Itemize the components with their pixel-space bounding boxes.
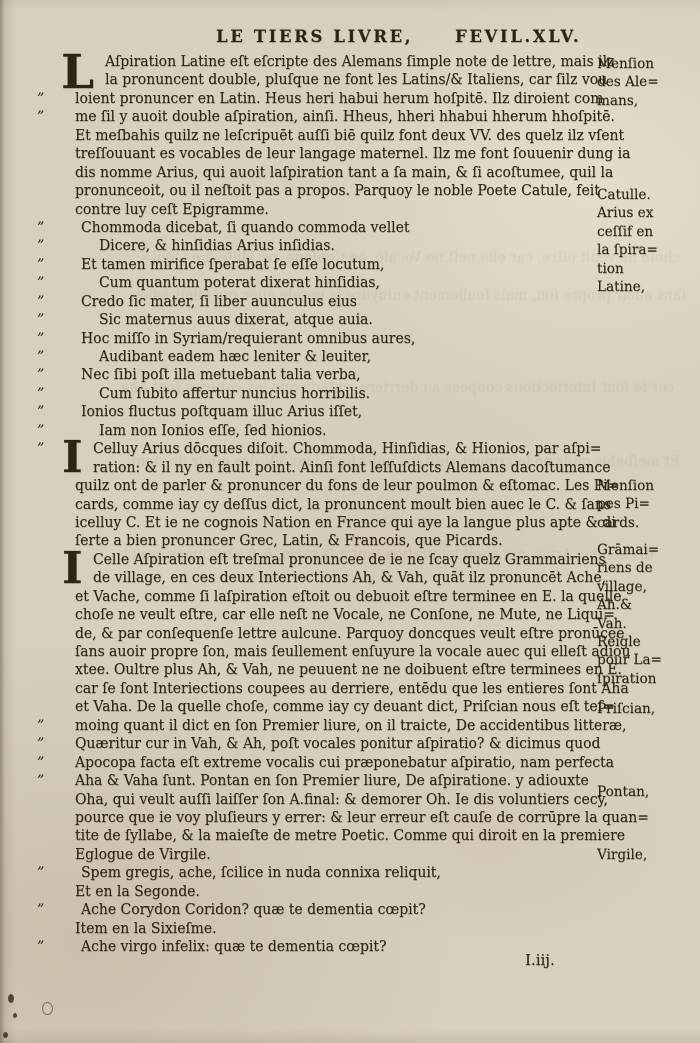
body-line-text: ſans auoir propre ſon, mais ſeullement e… xyxy=(75,642,630,660)
body-line-text: dis nomme Arius, qui auoit laſpiration t… xyxy=(75,163,613,181)
body-line: Eglogue de Virgile. xyxy=(75,845,615,863)
body-line-text: Chommoda dicebat, ſi quando commoda vell… xyxy=(81,218,409,236)
body-line-text: Iam non Ionios eſſe, ſed hionios. xyxy=(99,421,326,439)
body-line: ”loient pronuncer en Latin. Heus heri ha… xyxy=(75,89,615,107)
body-line-text: Oha, qui veult auſſi laiſſer ſon A.final… xyxy=(75,790,608,808)
body-line: LAſpiration Latine eſt eſcripte des Alem… xyxy=(75,52,615,70)
body-line-text: Item en la Sixieſme. xyxy=(75,919,217,937)
body-line: ration: & il ny en fault point. Ainſi fo… xyxy=(75,458,615,476)
body-line: xtee. Oultre plus Ah, & Vah, ne peuuent … xyxy=(75,660,615,678)
body-line-text: la pronuncent double, pluſque ne font le… xyxy=(105,70,607,88)
body-line-text: tite de ſyllabe, & la maieſte de metre P… xyxy=(75,826,625,844)
body-line: ”Apocopa facta eſt extreme vocalis cui p… xyxy=(75,753,615,771)
body-line-text: Aha & Vaha ſunt. Pontan en ſon Premier l… xyxy=(75,771,589,789)
body-line-text: ration: & il ny en fault point. Ainſi fo… xyxy=(93,458,610,476)
margin-note: Virgile, xyxy=(597,846,687,864)
gutter-quote-mark: ” xyxy=(37,754,45,772)
body-line: tite de ſyllabe, & la maieſte de metre P… xyxy=(75,826,615,844)
body-line: ſerte a bien pronuncer Grec, Latin, & Fr… xyxy=(75,531,615,549)
gutter-quote-mark: ” xyxy=(37,772,45,790)
body-line-text: de, & par conſequenſe lettre aulcune. Pa… xyxy=(75,624,624,642)
body-line: et Vache, comme ſi laſpiration eſtoit ou… xyxy=(75,587,615,605)
book-page: { "page": { "header": { "book_title": "L… xyxy=(0,0,700,1043)
body-line-text: moing quant il dict en ſon Premier liure… xyxy=(75,716,626,734)
body-line-text: contre luy ceſt Epigramme. xyxy=(75,200,269,218)
body-line-text: Credo ſic mater, ſi liber auunculus eius xyxy=(81,292,357,310)
gutter-quote-mark: ” xyxy=(37,440,45,458)
body-line-text: loient pronuncer en Latin. Heus heri hab… xyxy=(75,89,603,107)
body-line: ”Quæritur cur in Vah, & Ah, poſt vocales… xyxy=(75,734,615,752)
body-line: de, & par conſequenſe lettre aulcune. Pa… xyxy=(75,624,615,642)
body-line: ”Dicere, & hinſidias Arius inſidias. xyxy=(75,236,615,254)
body-line: ”Cum ſubito affertur nuncius horribilis. xyxy=(75,384,615,402)
folio-number: FEVIL.XLV. xyxy=(455,27,581,46)
body-line: ICelle Aſpiration eſt treſmal pronuncee … xyxy=(75,550,615,568)
body-line: ”moing quant il dict en ſon Premier liur… xyxy=(75,716,615,734)
margin-note: Priſcian, xyxy=(597,700,687,718)
body-line-text: Dicere, & hinſidias Arius inſidias. xyxy=(99,236,335,254)
body-line-text: Ache Corydon Coridon? quæ te dementia cœ… xyxy=(81,900,426,918)
body-line: quilz ont de parler & pronuncer du fons … xyxy=(75,476,615,494)
paragraph: I”Celluy Arius dōcques diſoit. Chommoda,… xyxy=(75,439,615,550)
body-line: ”Spem gregis, ache, ſcilice in nuda conn… xyxy=(75,863,615,881)
body-line: la pronuncent double, pluſque ne font le… xyxy=(75,70,615,88)
ink-speck xyxy=(3,1032,8,1038)
body-line-text: ſerte a bien pronuncer Grec, Latin, & Fr… xyxy=(75,531,503,549)
body-line-text: car ſe ſont Interiections coupees au der… xyxy=(75,679,629,697)
body-line: icelluy C. Et ie ne cognois Nation en Fr… xyxy=(75,513,615,531)
body-line-text: Aſpiration Latine eſt eſcripte des Alema… xyxy=(105,52,614,70)
body-line-text: Cum quantum poterat dixerat hinſidias, xyxy=(99,273,380,291)
body-line: de village, en ces deux Interiections Ah… xyxy=(75,568,615,586)
gutter-quote-mark: ” xyxy=(37,422,45,440)
body-line-text: Nec ſibi poſt illa metuebant talia verba… xyxy=(81,365,361,383)
margin-note: Menſion des Ale= mans, xyxy=(597,55,687,110)
body-line: ”Chommoda dicebat, ſi quando commoda vel… xyxy=(75,218,615,236)
body-line-text: Et en la Segonde. xyxy=(75,882,200,900)
body-line: ”Ionios fluctus poſtquam illuc Arius iſſ… xyxy=(75,402,615,420)
body-line: ”Ache Corydon Coridon? quæ te dementia c… xyxy=(75,900,615,918)
gutter-quote-mark: ” xyxy=(37,735,45,753)
gutter-quote-mark: ” xyxy=(37,348,45,366)
body-line: cards, comme iay cy deſſus dict, la pron… xyxy=(75,495,615,513)
body-line: ”Sic maternus auus dixerat, atque auia. xyxy=(75,310,615,328)
gutter-quote-mark: ” xyxy=(37,385,45,403)
body-line-text: pronunceoit, ou il neſtoit pas a propos.… xyxy=(75,181,600,199)
body-line: Et meſbahis quilz ne leſcripuēt auſſi bi… xyxy=(75,126,615,144)
gutter-quote-mark: ” xyxy=(37,90,45,108)
body-line-text: Apocopa facta eſt extreme vocalis cui pr… xyxy=(75,753,614,771)
body-line: ſans auoir propre ſon, mais ſeullement e… xyxy=(75,642,615,660)
body-line-text: quilz ont de parler & pronuncer du fons … xyxy=(75,476,619,494)
body-line-text: Et meſbahis quilz ne leſcripuēt auſſi bi… xyxy=(75,126,624,144)
body-line: I”Celluy Arius dōcques diſoit. Chommoda,… xyxy=(75,439,615,457)
margin-note: Grāmai= riens de village, Ah.& Vah. Reig… xyxy=(597,541,687,688)
gutter-quote-mark: ” xyxy=(37,311,45,329)
gutter-quote-mark: ” xyxy=(37,366,45,384)
margin-note: Pontan, xyxy=(597,783,687,801)
body-line: ”me ſil y auoit double aſpiration, ainſi… xyxy=(75,107,615,125)
body-line-text: Cum ſubito affertur nuncius horribilis. xyxy=(99,384,370,402)
gutter-quote-mark: ” xyxy=(37,938,45,956)
body-line-text: Audibant eadem hæc leniter & leuiter, xyxy=(99,347,371,365)
gutter-quote-mark: ” xyxy=(37,108,45,126)
paragraph: LAſpiration Latine eſt eſcripte des Alem… xyxy=(75,52,615,218)
body-line-text: xtee. Oultre plus Ah, & Vah, ne peuuent … xyxy=(75,660,622,678)
gutter-quote-mark: ” xyxy=(37,219,45,237)
gutter-quote-mark: ” xyxy=(37,330,45,348)
body-line: Oha, qui veult auſſi laiſſer ſon A.final… xyxy=(75,790,615,808)
body-line: choſe ne veult eſtre, car elle neſt ne V… xyxy=(75,605,615,623)
body-line-text: Spem gregis, ache, ſcilice in nuda conni… xyxy=(81,863,441,881)
body-line-text: et Vache, comme ſi laſpiration eſtoit ou… xyxy=(75,587,622,605)
body-line: dis nomme Arius, qui auoit laſpiration t… xyxy=(75,163,615,181)
paragraph: ICelle Aſpiration eſt treſmal pronuncee … xyxy=(75,550,615,956)
body-line-text: et Vaha. De la quelle choſe, comme iay c… xyxy=(75,697,615,715)
body-line: treſſouuant es vocables de leur langage … xyxy=(75,144,615,162)
body-line-text: treſſouuant es vocables de leur langage … xyxy=(75,144,630,162)
body-line-text: icelluy C. Et ie ne cognois Nation en Fr… xyxy=(75,513,616,531)
gutter-quote-mark: ” xyxy=(37,293,45,311)
body-line: ”Hoc miſſo in Syriam/requierant omnibus … xyxy=(75,329,615,347)
body-line-text: Eglogue de Virgile. xyxy=(75,845,211,863)
gutter-quote-mark: ” xyxy=(37,403,45,421)
body-line-text: Celluy Arius dōcques diſoit. Chommoda, H… xyxy=(93,439,601,457)
body-line-text: Hoc miſſo in Syriam/requierant omnibus a… xyxy=(81,329,415,347)
body-line-text: Et tamen mirifice ſperabat ſe eſſe locut… xyxy=(81,255,384,273)
body-line-text: Ionios fluctus poſtquam illuc Arius iſſe… xyxy=(81,402,362,420)
body-line: contre luy ceſt Epigramme. xyxy=(75,200,615,218)
gutter-quote-mark: ” xyxy=(37,274,45,292)
body-line-text: cards, comme iay cy deſſus dict, la pron… xyxy=(75,495,611,513)
body-line-text: Ache virgo infelix: quæ te dementia cœpi… xyxy=(81,937,386,955)
margin-note: Catulle. Arius ex ceſſif en la ſpira= ti… xyxy=(597,186,687,296)
body-line: ”Credo ſic mater, ſi liber auunculus eiu… xyxy=(75,292,615,310)
body-line-text: Quæritur cur in Vah, & Ah, poſt vocales … xyxy=(75,734,600,752)
body-line: ”Aha & Vaha ſunt. Pontan en ſon Premier … xyxy=(75,771,615,789)
ink-speck xyxy=(13,1013,17,1018)
main-text-block: LAſpiration Latine eſt eſcripte des Alem… xyxy=(75,52,615,955)
body-line: Et en la Segonde. xyxy=(75,882,615,900)
ink-speck xyxy=(8,994,14,1003)
body-line: pronunceoit, ou il neſtoit pas a propos.… xyxy=(75,181,615,199)
gutter-quote-mark: ” xyxy=(37,717,45,735)
body-line-text: pource que ie voy pluſieurs y errer: & l… xyxy=(75,808,649,826)
body-line: ”Et tamen mirifice ſperabat ſe eſſe locu… xyxy=(75,255,615,273)
body-line: pource que ie voy pluſieurs y errer: & l… xyxy=(75,808,615,826)
running-header-title: LE TIERS LIVRE, xyxy=(216,27,413,46)
body-line: et Vaha. De la quelle choſe, comme iay c… xyxy=(75,697,615,715)
gutter-quote-mark: ” xyxy=(37,256,45,274)
body-line: ”Cum quantum poterat dixerat hinſidias, xyxy=(75,273,615,291)
margin-note: Menſion pes Pi= cards. xyxy=(597,477,687,532)
body-line: ”Iam non Ionios eſſe, ſed hionios. xyxy=(75,421,615,439)
gutter-quote-mark: ” xyxy=(37,901,45,919)
signature-mark: I.iij. xyxy=(525,951,555,969)
body-line-text: Sic maternus auus dixerat, atque auia. xyxy=(99,310,373,328)
gutter-quote-mark: ” xyxy=(37,864,45,882)
body-line: ”Nec ſibi poſt illa metuebant talia verb… xyxy=(75,365,615,383)
body-line-text: de village, en ces deux Interiections Ah… xyxy=(93,568,606,586)
body-line: car ſe ſont Interiections coupees au der… xyxy=(75,679,615,697)
body-line: Item en la Sixieſme. xyxy=(75,919,615,937)
gutter-quote-mark: ” xyxy=(37,237,45,255)
ink-ring-mark xyxy=(42,1002,53,1015)
body-line: ”Audibant eadem hæc leniter & leuiter, xyxy=(75,347,615,365)
paragraph: ”Chommoda dicebat, ſi quando commoda vel… xyxy=(75,218,615,439)
body-line-text: Celle Aſpiration eſt treſmal pronuncee d… xyxy=(93,550,606,568)
body-line-text: choſe ne veult eſtre, car elle neſt ne V… xyxy=(75,605,615,623)
body-line-text: me ſil y auoit double aſpiration, ainſi.… xyxy=(75,107,615,125)
